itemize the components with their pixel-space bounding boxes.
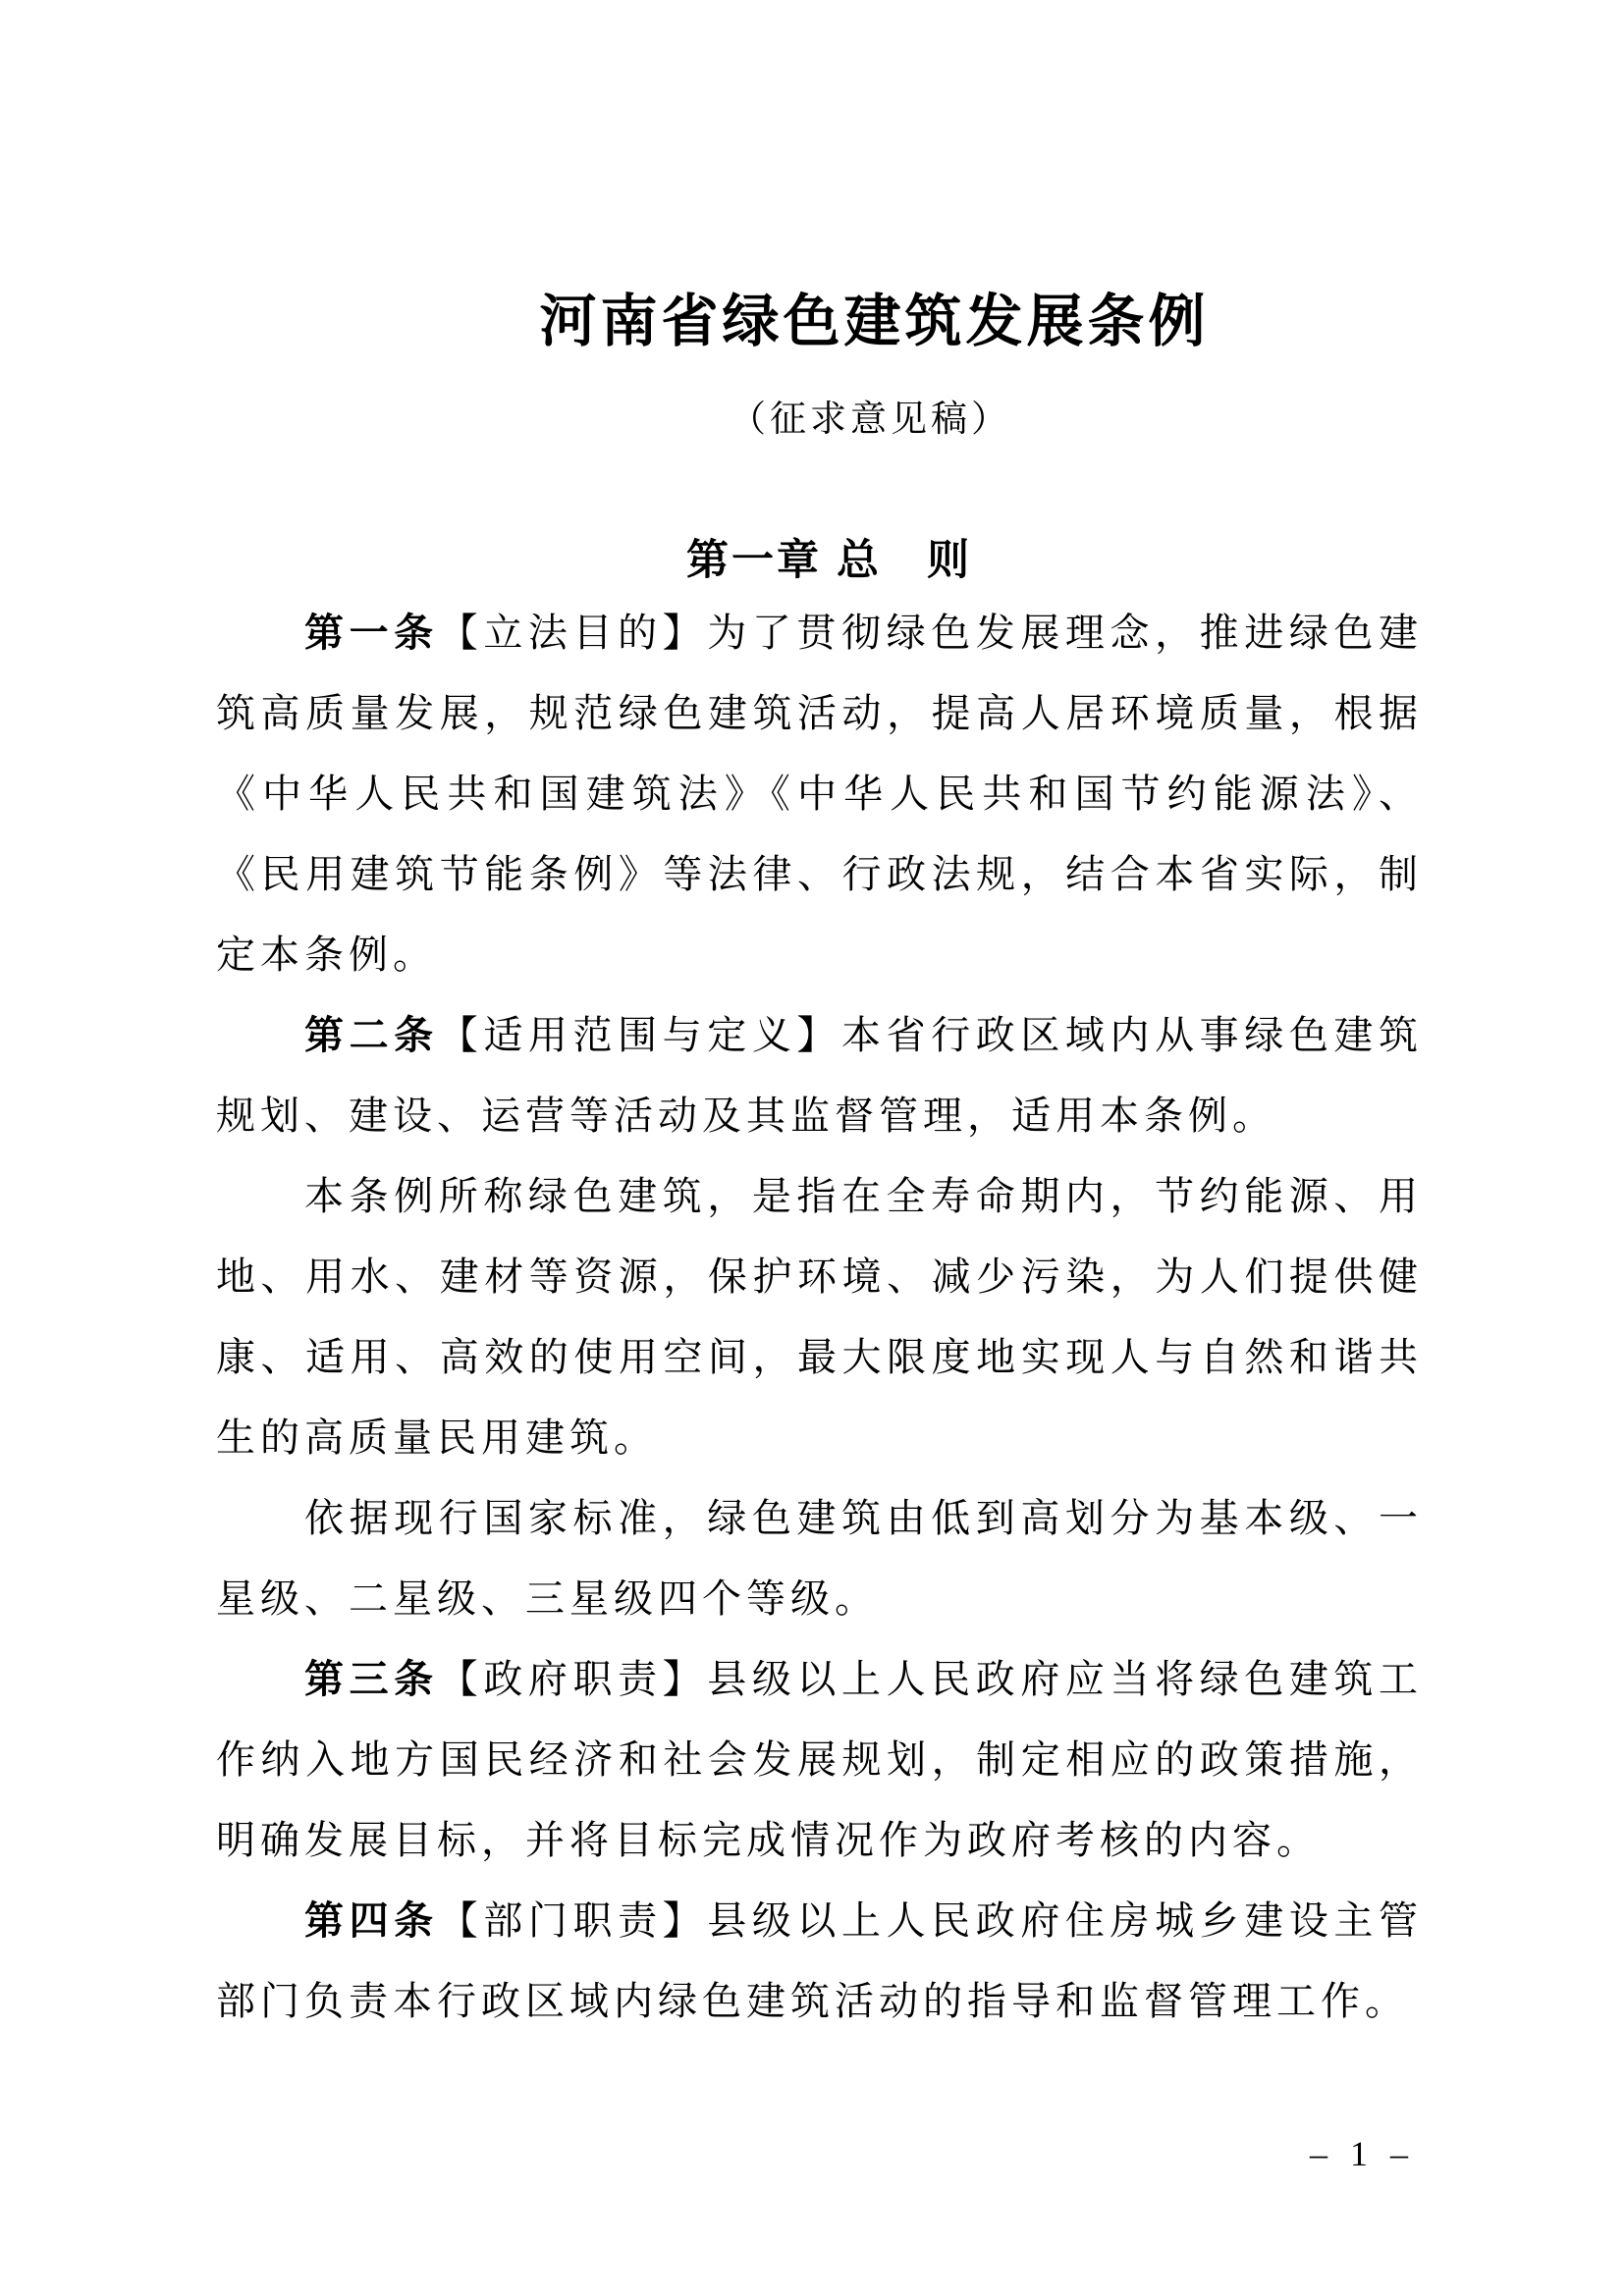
article-paragraph: 第四条【部门职责】县级以上人民政府住房城乡建设主管部门负责本行政区域内绿色建筑活… (216, 1881, 1423, 2042)
article-paragraph: 第三条【政府职责】县级以上人民政府应当将绿色建筑工作纳入地方国民经济和社会发展规… (216, 1639, 1423, 1881)
article-text: 【立法目的】为了贯彻绿色发展理念，推进绿色建筑高质量发展，规范绿色建筑活动，提高… (216, 611, 1423, 977)
article-label: 第四条 (304, 1899, 439, 1943)
page-number: – 1 – (1310, 2132, 1410, 2175)
document-subtitle: （征求意见稿） (267, 397, 1474, 444)
chapter-heading: 第一章 总 则 (226, 538, 1433, 583)
article-paragraph: 第二条【适用范围与定义】本省行政区域内从事绿色建筑规划、建设、运营等活动及其监督… (216, 995, 1423, 1156)
article-label: 第一条 (304, 612, 439, 655)
article-paragraph: 本条例所称绿色建筑，是指在全寿命期内，节约能源、用地、用水、建材等资源，保护环境… (216, 1156, 1423, 1478)
article-label: 第三条 (304, 1658, 439, 1701)
article-paragraph: 第一条【立法目的】为了贯彻绿色发展理念，推进绿色建筑高质量发展，规范绿色建筑活动… (216, 593, 1423, 995)
article-text: 依据现行国家标准，绿色建筑由低到高划分为基本级、一星级、二星级、三星级四个等级。 (216, 1496, 1423, 1621)
document-page: 河南省绿色建筑发展条例 （征求意见稿） 第一章 总 则 第一条【立法目的】为了贯… (0, 0, 1624, 2296)
articles-section: 第一条【立法目的】为了贯彻绿色发展理念，推进绿色建筑高质量发展，规范绿色建筑活动… (216, 593, 1423, 2042)
document-title: 河南省绿色建筑发展条例 (271, 287, 1478, 357)
article-paragraph: 依据现行国家标准，绿色建筑由低到高划分为基本级、一星级、二星级、三星级四个等级。 (216, 1478, 1423, 1639)
article-label: 第二条 (304, 1014, 439, 1057)
article-text: 本条例所称绿色建筑，是指在全寿命期内，节约能源、用地、用水、建材等资源，保护环境… (216, 1174, 1423, 1460)
document-content: 河南省绿色建筑发展条例 （征求意见稿） 第一章 总 则 第一条【立法目的】为了贯… (0, 0, 1624, 2042)
